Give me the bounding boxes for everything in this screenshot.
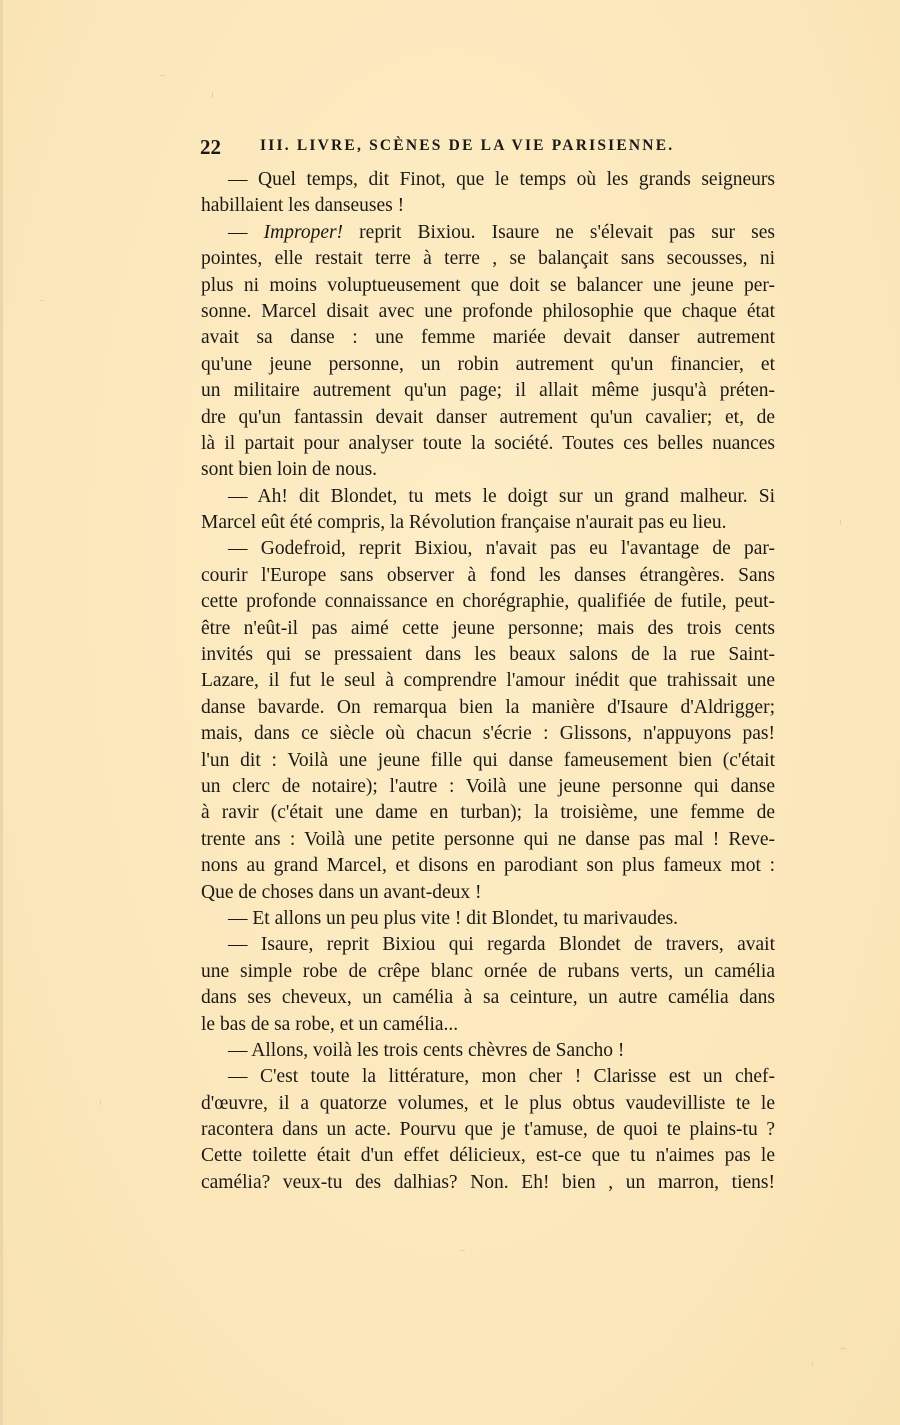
page-header: 22 III. LIVRE, SCÈNES DE LA VIE PARISIEN… xyxy=(200,135,775,159)
italic-emphasis: Improper! xyxy=(264,222,343,243)
text-line: — Godefroid, reprit Bixiou, n'avait pas … xyxy=(201,536,775,562)
text-fragment: reprit Bixiou. Isaure ne s'élevait pas s… xyxy=(343,222,775,243)
text-line: qu'une jeune personne, un robin autremen… xyxy=(201,352,775,378)
text-line: sonne. Marcel disait avec une profonde p… xyxy=(201,299,775,325)
text-line: racontera dans un acte. Pourvu que je t'… xyxy=(201,1117,775,1143)
paper-speck xyxy=(460,1250,465,1251)
text-line: habillaient les danseuses ! xyxy=(201,193,775,219)
text-line: le bas de sa robe, et un camélia... xyxy=(201,1012,775,1038)
book-page: 22 III. LIVRE, SCÈNES DE LA VIE PARISIEN… xyxy=(0,0,900,1425)
text-fragment: — xyxy=(228,222,264,243)
text-line: sont bien loin de nous. xyxy=(201,457,775,483)
text-line: nons au grand Marcel, et disons en parod… xyxy=(201,853,775,879)
running-head: III. LIVRE, SCÈNES DE LA VIE PARISIENNE. xyxy=(260,137,674,155)
text-line: l'un dit : Voilà une jeune fille qui dan… xyxy=(201,748,775,774)
text-line: Cette toilette était d'un effet délicieu… xyxy=(201,1143,775,1169)
text-line: — C'est toute la littérature, mon cher !… xyxy=(201,1064,775,1090)
text-line: là il partait pour analyser toute la soc… xyxy=(201,431,775,457)
text-line: avait sa danse : une femme mariée devait… xyxy=(201,325,775,351)
paper-speck xyxy=(100,1100,101,1105)
text-line: — Ah! dit Blondet, tu mets le doigt sur … xyxy=(201,484,775,510)
text-line: dans ses cheveux, un camélia à sa ceintu… xyxy=(201,985,775,1011)
text-line: Lazare, il fut le seul à comprendre l'am… xyxy=(201,668,775,694)
text-line: courir l'Europe sans observer à fond les… xyxy=(201,563,775,589)
text-line: Marcel eût été compris, la Révolution fr… xyxy=(201,510,775,536)
text-line: plus ni moins voluptueusement que doit s… xyxy=(201,273,775,299)
text-line: mais, dans ce siècle où chacun s'écrie :… xyxy=(201,721,775,747)
paper-speck xyxy=(212,92,213,98)
text-line: — Isaure, reprit Bixiou qui regarda Blon… xyxy=(201,932,775,958)
text-line: à ravir (c'était une dame en turban); la… xyxy=(201,800,775,826)
text-line: danse bavarde. On remarqua bien la maniè… xyxy=(201,695,775,721)
text-line: invités qui se pressaient dans les beaux… xyxy=(201,642,775,668)
text-line: Que de choses dans un avant-deux ! xyxy=(201,880,775,906)
text-line: — Quel temps, dit Finot, que le temps où… xyxy=(201,167,775,193)
text-line: d'œuvre, il a quatorze volumes, et le pl… xyxy=(201,1091,775,1117)
text-line: être n'eût-il pas aimé cette jeune perso… xyxy=(201,616,775,642)
text-line: camélia? veux-tu des dalhias? Non. Eh! b… xyxy=(201,1170,775,1196)
page-number: 22 xyxy=(200,135,221,160)
paper-speck xyxy=(840,1348,846,1349)
text-line: trente ans : Voilà une petite personne q… xyxy=(201,827,775,853)
body-text: — Quel temps, dit Finot, que le temps où… xyxy=(201,167,775,1196)
text-line: — Allons, voilà les trois cents chèvres … xyxy=(201,1038,775,1064)
page-edge xyxy=(0,0,3,1425)
text-line: dre qu'un fantassin devait danser autrem… xyxy=(201,405,775,431)
text-line: un clerc de notaire); l'autre : Voilà un… xyxy=(201,774,775,800)
paper-speck xyxy=(160,75,165,76)
text-line: une simple robe de crêpe blanc ornée de … xyxy=(201,959,775,985)
paper-speck xyxy=(840,520,841,525)
text-line: — Et allons un peu plus vite ! dit Blond… xyxy=(201,906,775,932)
text-line: un militaire autrement qu'un page; il al… xyxy=(201,378,775,404)
paper-speck xyxy=(812,1362,813,1366)
text-line: cette profonde connaissance en chorégrap… xyxy=(201,589,775,615)
text-line: — Improper! reprit Bixiou. Isaure ne s'é… xyxy=(201,220,775,246)
paper-speck xyxy=(40,300,44,301)
text-line: pointes, elle restait terre à terre , se… xyxy=(201,246,775,272)
